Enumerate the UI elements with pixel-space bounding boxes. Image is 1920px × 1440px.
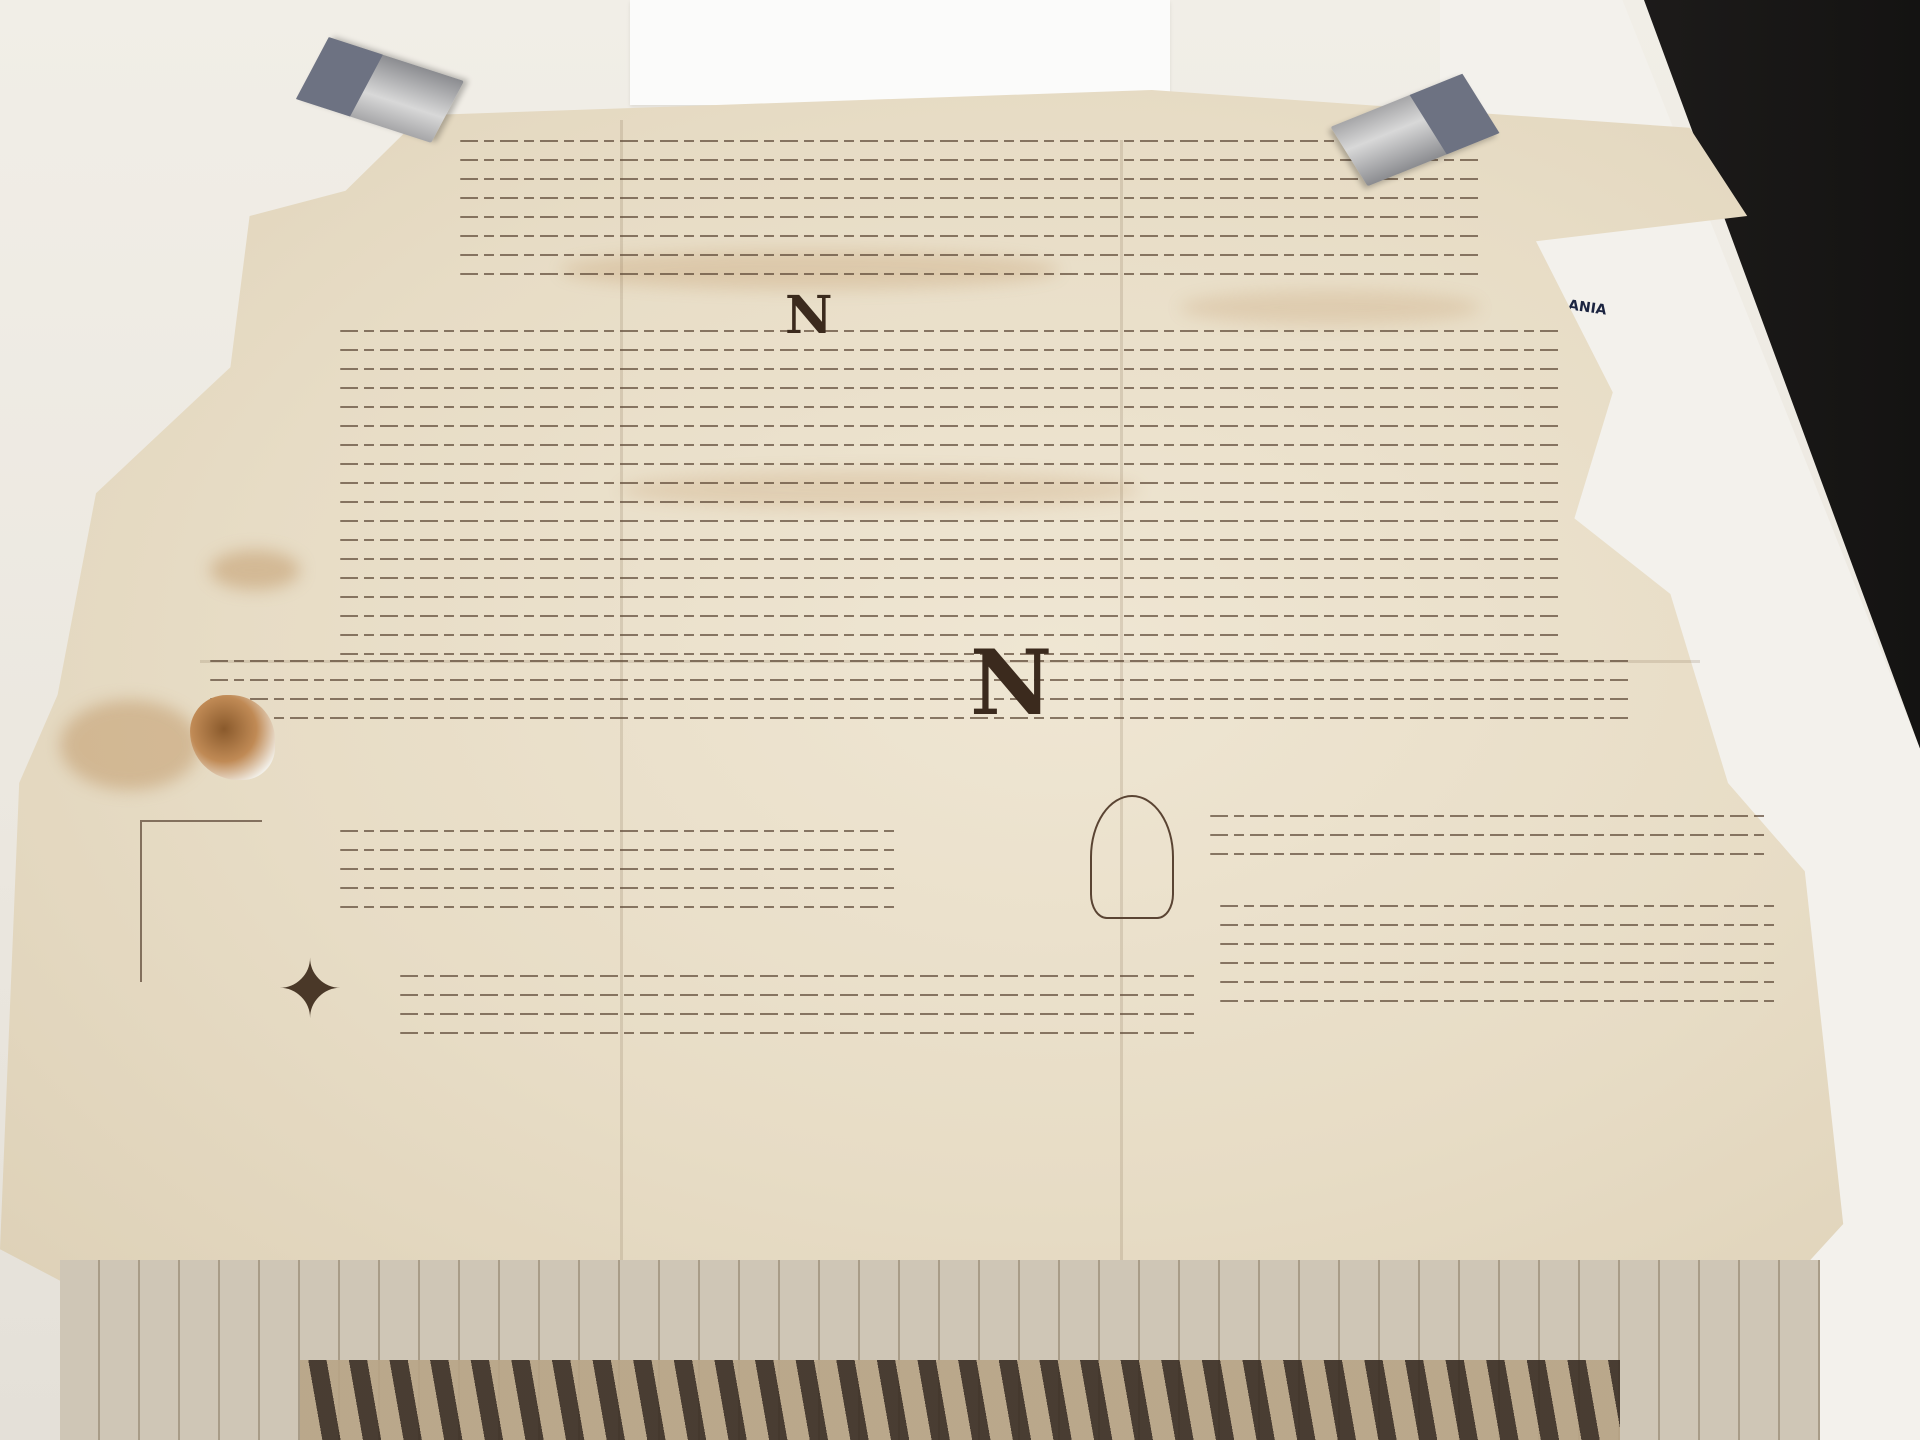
notary-monogram-upper: N <box>785 285 831 346</box>
blank-paper-sheet <box>630 0 1170 105</box>
water-stain <box>1180 290 1480 325</box>
text-block-right-lower <box>1220 905 1780 1019</box>
star-signum-icon: ✦ <box>260 940 360 1040</box>
seal-tag-strips <box>300 1360 1620 1440</box>
water-stain <box>60 700 200 790</box>
notary-monogram-center: N <box>970 630 1050 736</box>
text-block-main <box>340 330 1560 672</box>
text-block-right-notary <box>1210 815 1770 872</box>
cross-signum-icon <box>140 820 262 982</box>
text-block-bottom <box>400 975 1200 1051</box>
text-block-left-notary <box>340 830 900 925</box>
water-stain <box>210 550 300 590</box>
text-block-top <box>460 140 1480 292</box>
text-block-middle <box>210 660 1630 736</box>
knotwork-signum-icon <box>1090 795 1174 919</box>
